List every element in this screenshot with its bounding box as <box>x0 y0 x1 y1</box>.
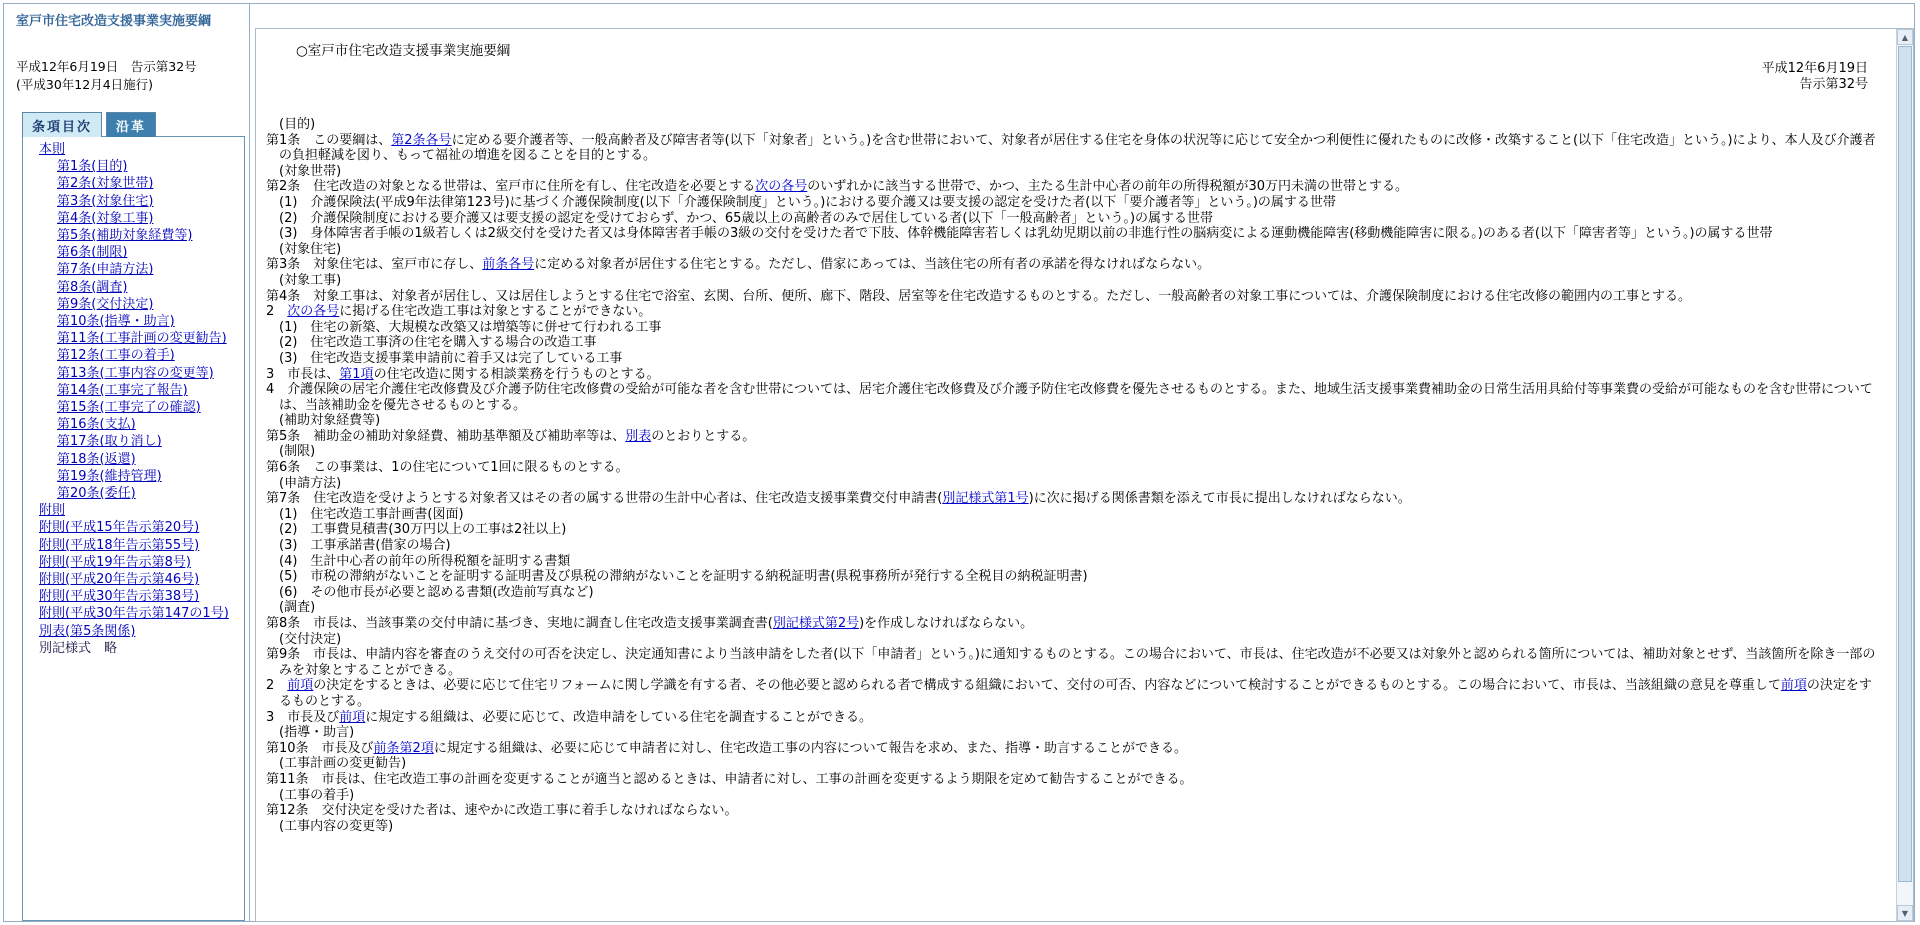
toc-item: 第2条(対象世帯) <box>23 175 244 192</box>
paragraph: 第2条 住宅改造の対象となる世帯は、室戸市に住所を有し、住宅改造を必要とする次の… <box>266 179 1882 195</box>
paragraph: 第6条 この事業は、1の住宅について1回に限るものとする。 <box>266 460 1882 476</box>
toc-link[interactable]: 第15条(工事完了の確認) <box>57 400 201 415</box>
toc-link[interactable]: 第1条(目的) <box>57 159 127 174</box>
toc-link[interactable]: 第6条(制限) <box>57 245 127 260</box>
paragraph: 2 次の各号に掲げる住宅改造工事は対象とすることができない。 <box>266 304 1882 320</box>
document-scroll-area: ○室戸市住宅改造支援事業実施要綱 平成12年6月19日 告示第32号 (目的)第… <box>256 29 1896 921</box>
toc-link[interactable]: 第16条(支払) <box>57 417 136 432</box>
document-pane: ○室戸市住宅改造支援事業実施要綱 平成12年6月19日 告示第32号 (目的)第… <box>255 28 1914 922</box>
reiki-viewer-window: 室戸市住宅改造支援事業実施要綱 平成12年6月19日 告示第32号 (平成30年… <box>3 3 1915 922</box>
article-heading: (対象世帯) <box>266 164 1882 180</box>
article-heading: (補助対象経費等) <box>266 413 1882 429</box>
toc-item: 第1条(目的) <box>23 158 244 175</box>
article-heading: (申請方法) <box>266 476 1882 492</box>
item-paragraph: (4) 生計中心者の前年の所得税額を証明する書類 <box>266 554 1882 570</box>
toc-item: 第11条(工事計画の変更勧告) <box>23 330 244 347</box>
item-paragraph: (5) 市税の滞納がないことを証明する証明書及び県税の滞納がないことを証明する納… <box>266 569 1882 585</box>
toc-link[interactable]: 第17条(取り消し) <box>57 434 162 449</box>
paragraph: 第1条 この要綱は、第2条各号に定める要介護者等、一般高齢者及び障害者等(以下「… <box>266 133 1882 164</box>
toc-link[interactable]: 附則(平成30年告示第38号) <box>39 589 199 604</box>
toc-item: 別記様式 略 <box>23 640 244 657</box>
paragraph: 3 市長及び前項に規定する組織は、必要に応じて、改造申請をしている住宅を調査する… <box>266 710 1882 726</box>
toc-link[interactable]: 第9条(交付決定) <box>57 297 153 312</box>
reference-link[interactable]: 前条各号 <box>482 257 534 272</box>
promulgation-date: 平成12年6月19日 告示第32号 <box>16 58 245 76</box>
toc-link[interactable]: 第12条(工事の着手) <box>57 348 175 363</box>
article-heading: (指導・助言) <box>266 725 1882 741</box>
toc-item: 附則 <box>23 502 244 519</box>
reference-link[interactable]: 次の各号 <box>755 179 807 194</box>
main-area: ○室戸市住宅改造支援事業実施要綱 平成12年6月19日 告示第32号 (目的)第… <box>250 4 1914 921</box>
reference-link[interactable]: 前項 <box>1781 678 1807 693</box>
toc-link[interactable]: 第4条(対象工事) <box>57 211 153 226</box>
paragraph: 第7条 住宅改造を受けようとする対象者又はその者の属する世帯の生計中心者は、住宅… <box>266 491 1882 507</box>
reference-link[interactable]: 前項 <box>339 710 365 725</box>
toc-item: 第8条(調査) <box>23 279 244 296</box>
paragraph: 第8条 市長は、当該事業の交付申請に基づき、実地に調査し住宅改造支援事業調査書(… <box>266 616 1882 632</box>
article-heading: (対象住宅) <box>266 242 1882 258</box>
toc-link[interactable]: 別表(第5条関係) <box>39 624 135 639</box>
toc-link[interactable]: 附則(平成20年告示第46号) <box>39 572 199 587</box>
toc-link[interactable]: 第20条(委任) <box>57 486 136 501</box>
toc-link[interactable]: 第2条(対象世帯) <box>57 176 153 191</box>
toc-link[interactable]: 第8条(調査) <box>57 280 127 295</box>
paragraph: 第5条 補助金の補助対象経費、補助基準額及び補助率等は、別表のとおりとする。 <box>266 429 1882 445</box>
toc-item: 附則(平成19年告示第8号) <box>23 554 244 571</box>
paragraph: 第9条 市長は、申請内容を審査のうえ交付の可否を決定し、決定通知書により当該申請… <box>266 647 1882 678</box>
toc-item: 附則(平成18年告示第55号) <box>23 537 244 554</box>
item-paragraph: (1) 住宅改造工事計画書(図面) <box>266 507 1882 523</box>
toc-link[interactable]: 第5条(補助対象経費等) <box>57 228 192 243</box>
paragraph: 第12条 交付決定を受けた者は、速やかに改造工事に着手しなければならない。 <box>266 803 1882 819</box>
toc-item: 附則(平成30年告示第38号) <box>23 588 244 605</box>
toc-item: 第12条(工事の着手) <box>23 347 244 364</box>
reference-link[interactable]: 前条第2項 <box>374 741 434 756</box>
reference-link[interactable]: 第2条各号 <box>391 133 451 148</box>
reference-link[interactable]: 別表 <box>625 429 651 444</box>
toc-item: 第20条(委任) <box>23 485 244 502</box>
toc-item: 第6条(制限) <box>23 244 244 261</box>
regulation-dates: 平成12年6月19日 告示第32号 (平成30年12月4日施行) <box>14 58 245 94</box>
article-heading: (交付決定) <box>266 632 1882 648</box>
reference-link[interactable]: 前項 <box>287 678 313 693</box>
article-heading: (工事の着手) <box>266 788 1882 804</box>
article-heading: (工事計画の変更勧告) <box>266 756 1882 772</box>
sidebar-tabs: 条項目次沿革 <box>22 112 245 137</box>
toc-item: 第14条(工事完了報告) <box>23 382 244 399</box>
toc-link[interactable]: 第10条(指導・助言) <box>57 314 175 329</box>
item-paragraph: (3) 住宅改造支援事業申請前に着手又は完了している工事 <box>266 351 1882 367</box>
toc-item: 本則 <box>23 141 244 158</box>
paragraph: 第10条 市長及び前条第2項に規定する組織は、必要に応じて申請者に対し、住宅改造… <box>266 741 1882 757</box>
item-paragraph: (6) その他市長が必要と認める書類(改造前写真など) <box>266 585 1882 601</box>
item-paragraph: (2) 介護保険制度における要介護又は要支援の認定を受けておらず、かつ、65歳以… <box>266 211 1882 227</box>
item-paragraph: (1) 介護保険法(平成9年法律第123号)に基づく介護保険制度(以下「介護保険… <box>266 195 1882 211</box>
toc-link[interactable]: 第11条(工事計画の変更勧告) <box>57 331 227 346</box>
tab-history[interactable]: 沿革 <box>106 112 156 137</box>
toc-item: 附則(平成30年告示第147の1号) <box>23 605 244 622</box>
toc-item: 第7条(申請方法) <box>23 261 244 278</box>
item-paragraph: (2) 住宅改造工事済の住宅を購入する場合の改造工事 <box>266 335 1882 351</box>
toc-link[interactable]: 附則(平成15年告示第20号) <box>39 520 199 535</box>
up-arrow-icon: ▲ <box>1902 33 1908 42</box>
toc-item: 第16条(支払) <box>23 416 244 433</box>
toc-link[interactable]: 附則(平成18年告示第55号) <box>39 538 199 553</box>
toc-link[interactable]: 附則 <box>39 503 65 518</box>
enforcement-date: (平成30年12月4日施行) <box>16 76 245 94</box>
scroll-down-button[interactable]: ▼ <box>1897 905 1913 921</box>
toc-item: 第10条(指導・助言) <box>23 313 244 330</box>
toc-item: 第13条(工事内容の変更等) <box>23 365 244 382</box>
document-dates: 平成12年6月19日 告示第32号 <box>266 61 1868 93</box>
toc-item: 第4条(対象工事) <box>23 210 244 227</box>
toc-link[interactable]: 第18条(返還) <box>57 452 136 467</box>
toc-item: 別表(第5条関係) <box>23 623 244 640</box>
toc-item: 第3条(対象住宅) <box>23 193 244 210</box>
toc-link[interactable]: 本則 <box>39 142 65 157</box>
regulation-title: 室戸市住宅改造支援事業実施要綱 <box>14 14 245 30</box>
toc-text: 別記様式 略 <box>39 641 117 656</box>
toc-link[interactable]: 第7条(申請方法) <box>57 262 153 277</box>
document-date-line1: 平成12年6月19日 <box>266 61 1868 77</box>
article-heading: (対象工事) <box>266 273 1882 289</box>
toc-item: 第5条(補助対象経費等) <box>23 227 244 244</box>
paragraph: 第4条 対象工事は、対象者が居住し、又は居住しようとする住宅で浴室、玄関、台所、… <box>266 289 1882 305</box>
toc-item: 附則(平成20年告示第46号) <box>23 571 244 588</box>
item-paragraph: (3) 身体障害者手帳の1級若しくは2級交付を受けた者又は身体障害者手帳の3級の… <box>266 226 1882 242</box>
reference-link[interactable]: 別記様式第2号 <box>773 616 859 631</box>
document-date-line2: 告示第32号 <box>266 77 1868 93</box>
scrollbar-thumb[interactable] <box>1898 46 1912 882</box>
paragraph: 第11条 市長は、住宅改造工事の計画を変更することが適当と認めるときは、申請者に… <box>266 772 1882 788</box>
reference-link[interactable]: 第1項 <box>339 367 373 382</box>
toc-item: 第17条(取り消し) <box>23 433 244 450</box>
paragraph: 第3条 対象住宅は、室戸市に存し、前条各号に定める対象者が居住する住宅とする。た… <box>266 257 1882 273</box>
document-title: ○室戸市住宅改造支援事業実施要綱 <box>296 39 1882 59</box>
article-heading: (制限) <box>266 444 1882 460</box>
paragraph: 2 前項の決定をするときは、必要に応じて住宅リフォームに関し学識を有する者、その… <box>266 678 1882 709</box>
toc-item: 第19条(維持管理) <box>23 468 244 485</box>
toc-list: 本則第1条(目的)第2条(対象世帯)第3条(対象住宅)第4条(対象工事)第5条(… <box>23 141 244 657</box>
scroll-up-button[interactable]: ▲ <box>1897 29 1913 45</box>
toc-item: 第15条(工事完了の確認) <box>23 399 244 416</box>
toc-link[interactable]: 附則(平成30年告示第147の1号) <box>39 606 229 621</box>
paragraph: 3 市長は、第1項の住宅改造に関する相談業務を行うものとする。 <box>266 367 1882 383</box>
article-heading: (工事内容の変更等) <box>266 819 1882 835</box>
reference-link[interactable]: 次の各号 <box>287 304 339 319</box>
item-paragraph: (2) 工事費見積書(30万円以上の工事は2社以上) <box>266 522 1882 538</box>
vertical-scrollbar[interactable]: ▲ ▼ <box>1896 29 1913 921</box>
document-body: (目的)第1条 この要綱は、第2条各号に定める要介護者等、一般高齢者及び障害者等… <box>266 117 1882 834</box>
toc-link[interactable]: 第14条(工事完了報告) <box>57 383 188 398</box>
down-arrow-icon: ▼ <box>1902 909 1908 918</box>
article-heading: (目的) <box>266 117 1882 133</box>
toc-link[interactable]: 附則(平成19年告示第8号) <box>39 555 191 570</box>
tab-toc[interactable]: 条項目次 <box>22 112 102 137</box>
paragraph: 4 介護保険の居宅介護住宅改修費及び介護予防住宅改修費の受給が可能な者を含む世帯… <box>266 382 1882 413</box>
toc-panel: 本則第1条(目的)第2条(対象世帯)第3条(対象住宅)第4条(対象工事)第5条(… <box>22 136 245 921</box>
toc-link[interactable]: 第3条(対象住宅) <box>57 194 153 209</box>
toc-link[interactable]: 第13条(工事内容の変更等) <box>57 366 214 381</box>
toc-item: 第18条(返還) <box>23 451 244 468</box>
toc-item: 第9条(交付決定) <box>23 296 244 313</box>
article-heading: (調査) <box>266 600 1882 616</box>
item-paragraph: (1) 住宅の新築、大規模な改築又は増築等に併せて行われる工事 <box>266 320 1882 336</box>
toc-item: 附則(平成15年告示第20号) <box>23 519 244 536</box>
reference-link[interactable]: 別記様式第1号 <box>942 491 1028 506</box>
sidebar: 室戸市住宅改造支援事業実施要綱 平成12年6月19日 告示第32号 (平成30年… <box>4 4 250 921</box>
toc-link[interactable]: 第19条(維持管理) <box>57 469 162 484</box>
item-paragraph: (3) 工事承諾書(借家の場合) <box>266 538 1882 554</box>
